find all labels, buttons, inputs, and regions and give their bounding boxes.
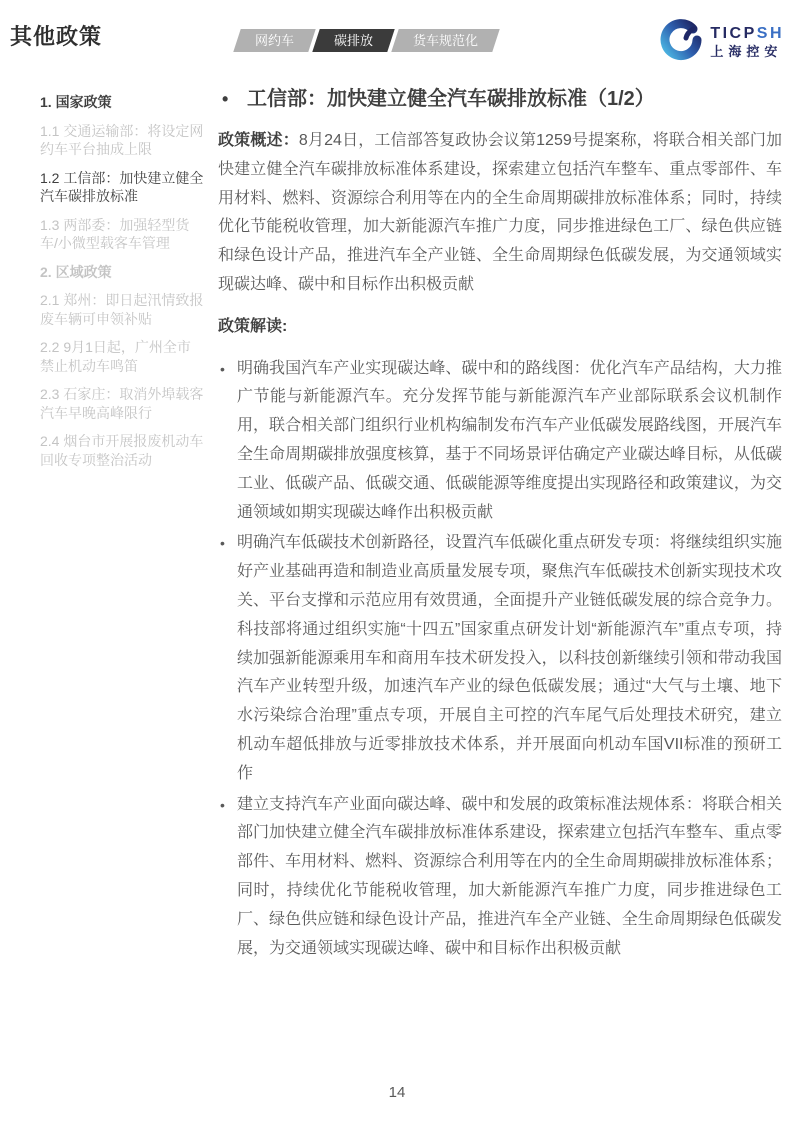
- sidebar-item-2-2[interactable]: 2.2 9月1日起，广州全市禁止机动车鸣笛: [40, 338, 204, 375]
- tab-label: 网约车: [255, 29, 294, 52]
- company-logo: TICPSH 上海控安: [660, 19, 784, 66]
- tab-tanpaifang-active[interactable]: 碳排放: [312, 29, 394, 52]
- interpretation-bullet-3: 建立支持汽车产业面向碳达峰、碳中和发展的政策标准法规体系：将联合相关部门加快建立…: [218, 791, 782, 964]
- logo-text: TICPSH 上海控安: [710, 25, 784, 60]
- tab-wangyueche[interactable]: 网约车: [233, 29, 315, 52]
- sidebar-item-2-3[interactable]: 2.3 石家庄：取消外埠载客汽车早晚高峰限行: [40, 385, 204, 422]
- logo-brand: TICPSH: [710, 25, 784, 43]
- document-page: 其他政策 网约车 碳排放 货车规范化: [0, 0, 794, 1123]
- sidebar-section-regional-policy[interactable]: 2. 区域政策: [40, 263, 204, 282]
- overview-label: 政策概述：: [218, 132, 299, 149]
- main-content: 工信部：加快建立健全汽车碳排放标准（1/2） 政策概述：8月24日，工信部答复政…: [218, 86, 782, 965]
- interpretation-label: 政策解读:: [218, 313, 782, 342]
- page-number: 14: [0, 1084, 794, 1101]
- tab-label: 货车规范化: [413, 29, 478, 52]
- sidebar-item-1-2-active[interactable]: 1.2 工信部：加快建立健全汽车碳排放标准: [40, 169, 204, 206]
- policy-overview-paragraph: 政策概述：8月24日，工信部答复政协会议第1259号提案称，将联合相关部门加快建…: [218, 127, 782, 300]
- section-title: 工信部：加快建立健全汽车碳排放标准（1/2）: [218, 86, 782, 113]
- overview-text: 8月24日，工信部答复政协会议第1259号提案称，将联合相关部门加快建立健全汽车…: [218, 132, 782, 293]
- interpretation-list: 明确我国汽车产业实现碳达峰、碳中和的路线图：优化汽车产品结构，大力推广节能与新能…: [218, 355, 782, 964]
- outline-sidebar: 1. 国家政策 1.1 交通运输部：将设定网约车平台抽成上限 1.2 工信部：加…: [40, 93, 204, 479]
- tab-label: 碳排放: [334, 29, 373, 52]
- category-tabs: 网约车 碳排放 货车规范化: [237, 29, 496, 52]
- logo-swirl-icon: [660, 19, 702, 66]
- logo-subtitle: 上海控安: [710, 45, 784, 60]
- sidebar-item-1-1[interactable]: 1.1 交通运输部：将设定网约车平台抽成上限: [40, 122, 204, 159]
- sidebar-section-national-policy[interactable]: 1. 国家政策: [40, 93, 204, 112]
- page-title: 其他政策: [10, 20, 102, 51]
- tab-huoche-guifanhua[interactable]: 货车规范化: [391, 29, 499, 52]
- interpretation-bullet-1: 明确我国汽车产业实现碳达峰、碳中和的路线图：优化汽车产品结构，大力推广节能与新能…: [218, 355, 782, 528]
- interpretation-bullet-2: 明确汽车低碳技术创新路径，设置汽车低碳化重点研发专项：将继续组织实施好产业基础再…: [218, 529, 782, 788]
- sidebar-item-2-1[interactable]: 2.1 郑州：即日起汛情致报废车辆可申领补贴: [40, 291, 204, 328]
- sidebar-item-1-3[interactable]: 1.3 两部委：加强轻型货车/小微型载客车管理: [40, 216, 204, 253]
- sidebar-item-2-4[interactable]: 2.4 烟台市开展报废机动车回收专项整治活动: [40, 432, 204, 469]
